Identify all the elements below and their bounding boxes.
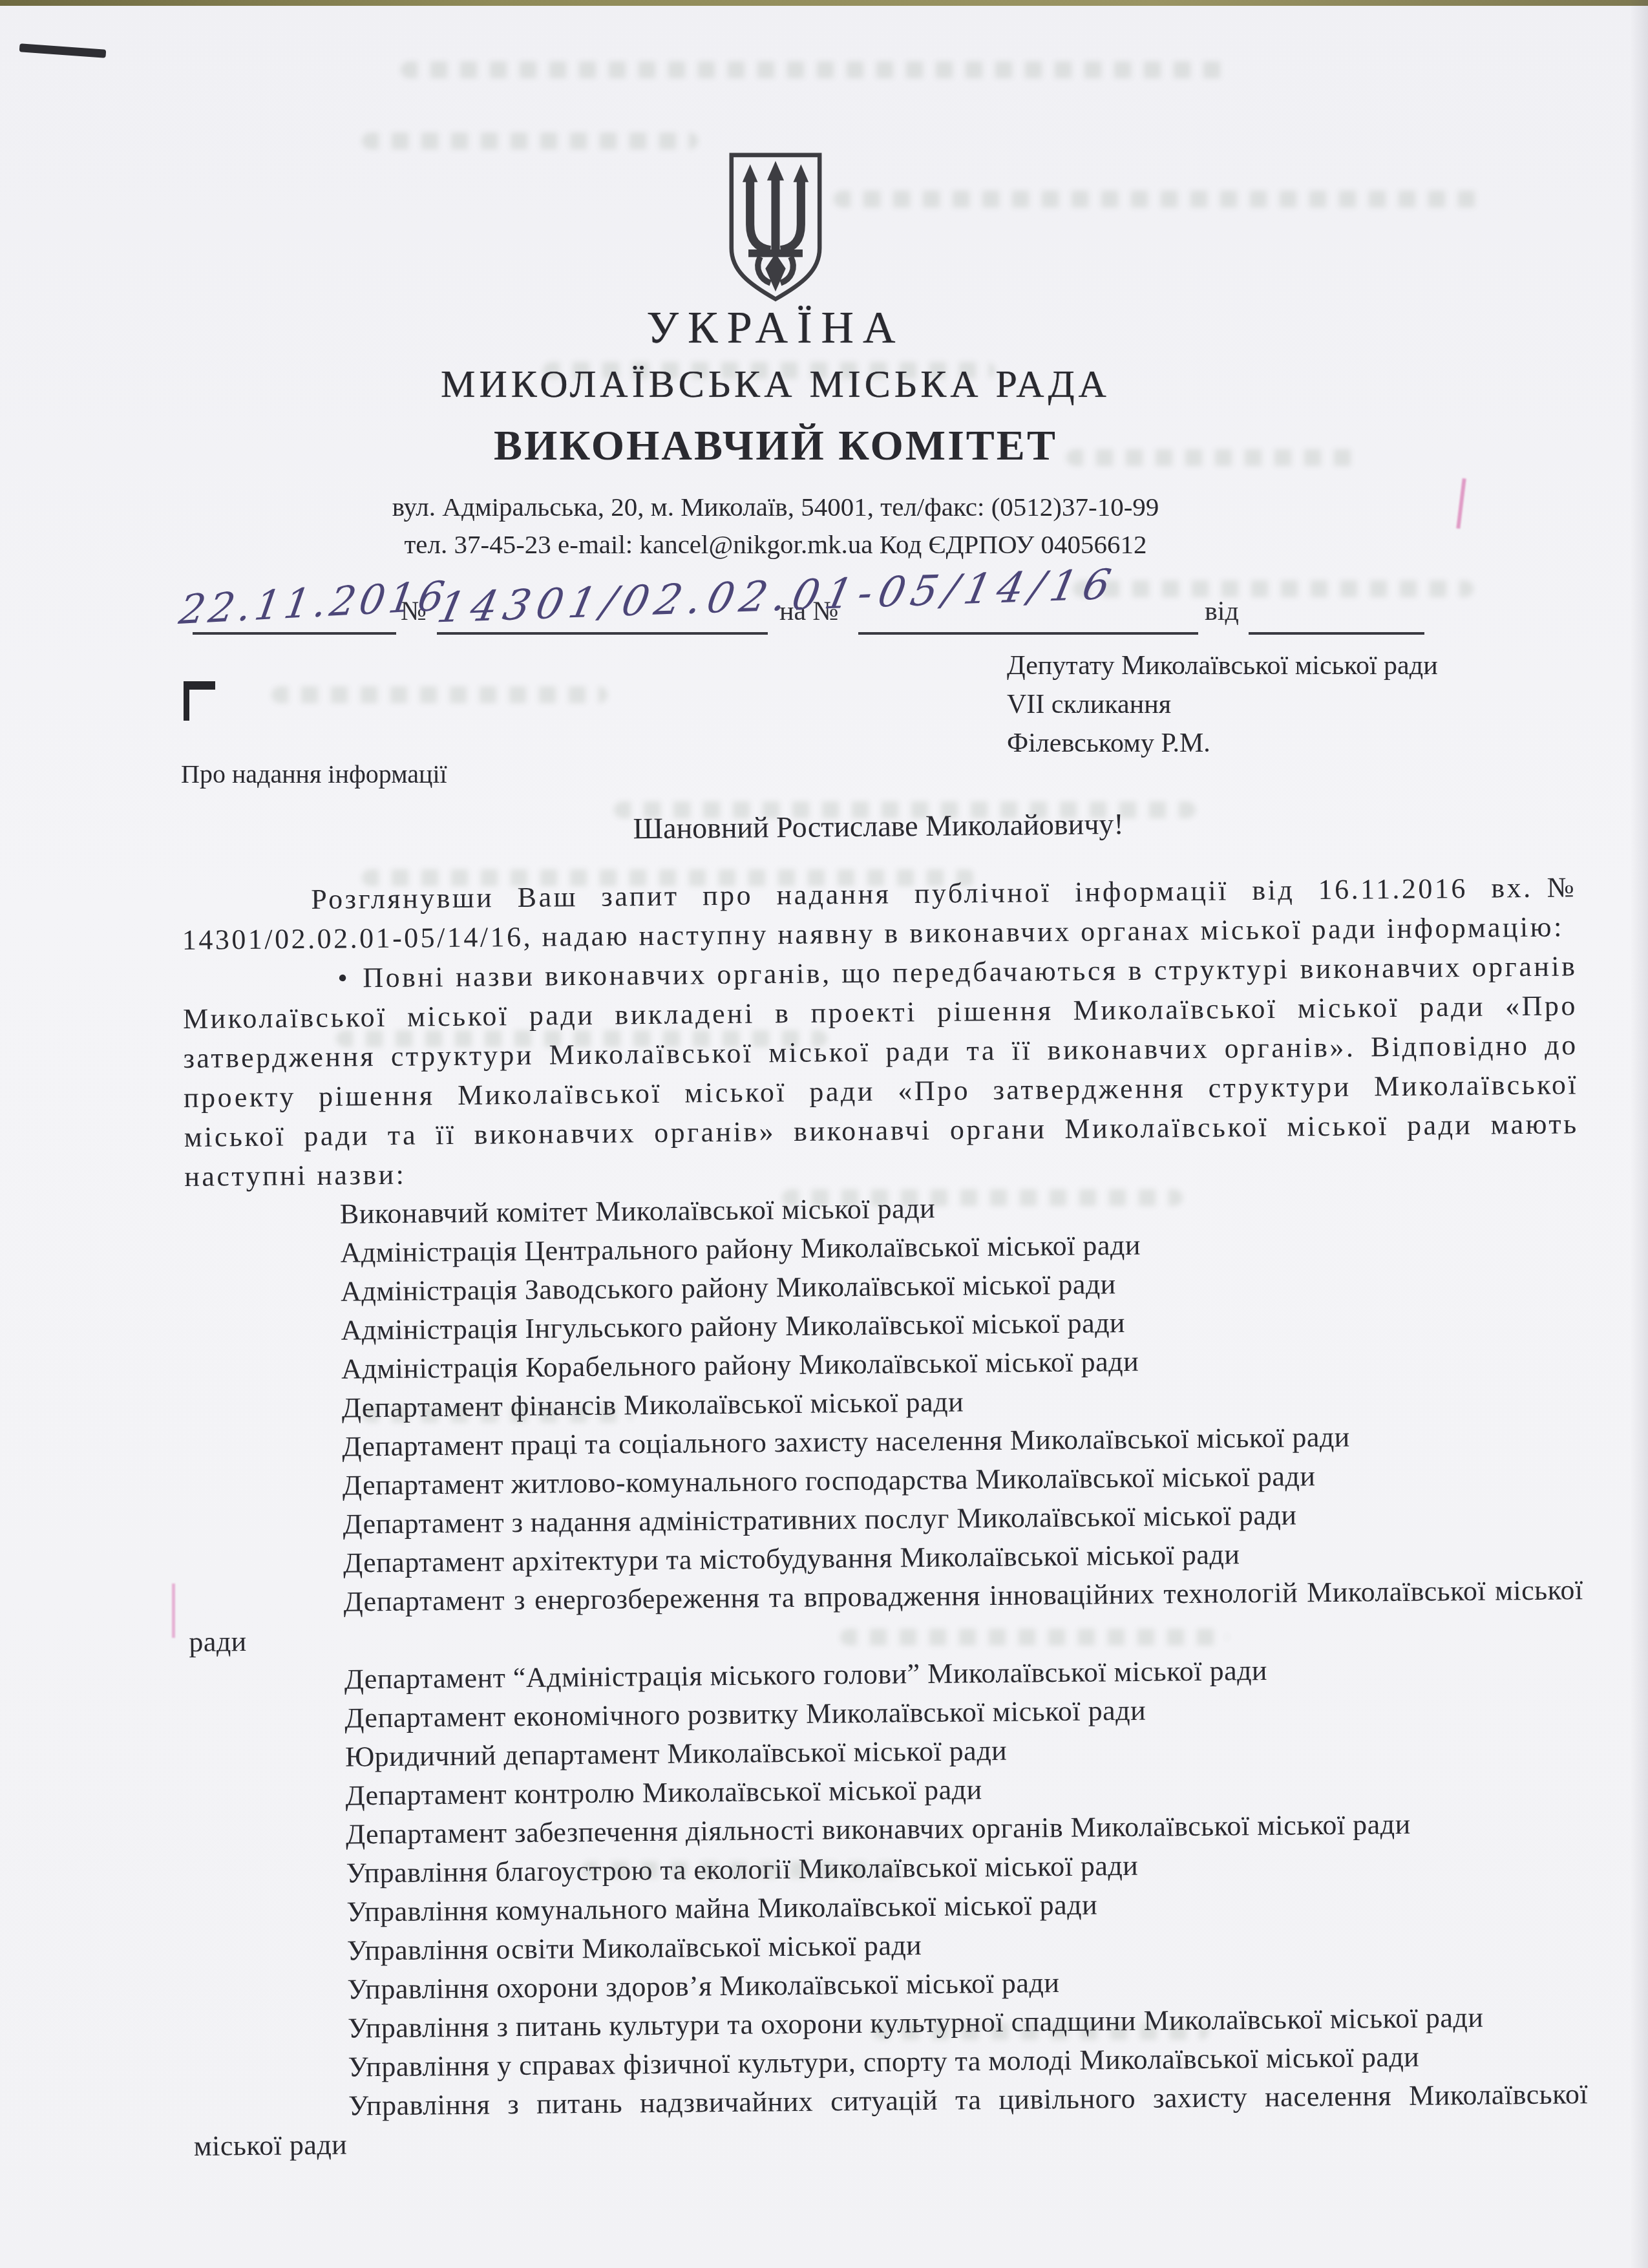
letterhead-council-name: МИКОЛАЇВСЬКА МІСЬКА РАДА xyxy=(0,362,1551,407)
pink-ink-smudge xyxy=(172,1584,175,1638)
recipient-name: Філевському Р.М. xyxy=(1007,724,1438,763)
ukraine-trident-emblem-icon xyxy=(723,150,829,302)
scanned-letter-page: УКРАЇНА МИКОЛАЇВСЬКА МІСЬКА РАДА ВИКОНАВ… xyxy=(0,0,1648,2268)
org-list-item: Управління з питань надзвичайних ситуаці… xyxy=(193,2075,1589,2166)
bullet-marker: • xyxy=(337,962,350,994)
bleed-through-text xyxy=(1073,580,1474,597)
blank-underline xyxy=(858,632,1198,635)
recipient-block: Депутату Миколаївської міської ради VII … xyxy=(1007,646,1438,763)
bleed-through-text xyxy=(834,191,1480,207)
letter-body: Шановний Ростиславе Миколайовичу! Розгля… xyxy=(181,802,1589,2166)
body-paragraph-answer: •Повні назви виконавчих органів, що пере… xyxy=(182,946,1579,1196)
recipient-convocation: VII скликання xyxy=(1007,685,1438,724)
scan-edge-shadow xyxy=(1630,0,1648,2268)
corner-registration-mark xyxy=(184,681,215,721)
letterhead-address-line2: тел. 37-45-23 e-mail: kancel@nikgor.mk.u… xyxy=(0,529,1551,560)
blank-underline xyxy=(437,632,768,635)
bleed-through-text xyxy=(271,686,607,703)
body-paragraph-answer-text: Повні назви виконавчих органів, що перед… xyxy=(183,950,1579,1192)
letterhead-committee-name: ВИКОНАВЧИЙ КОМІТЕТ xyxy=(0,421,1551,471)
letterhead-country: УКРАЇНА xyxy=(0,302,1551,354)
handwritten-outgoing-number: 14301/02.02.01-05/14/16 xyxy=(433,560,1121,632)
bleed-through-text xyxy=(362,132,698,149)
recipient-title: Депутату Миколаївської міської ради xyxy=(1007,646,1438,685)
blank-underline xyxy=(1249,632,1424,635)
blank-underline xyxy=(193,632,396,635)
scanner-edge-strip xyxy=(0,0,1648,6)
salutation: Шановний Ростиславе Миколайовичу! xyxy=(181,802,1576,850)
body-paragraph-intro: Розглянувши Ваш запит про надання публіч… xyxy=(182,867,1577,960)
scan-artifact-dash xyxy=(19,43,107,58)
bleed-through-text xyxy=(401,61,1228,78)
subject-line: Про надання інформації xyxy=(181,759,447,789)
date-from-label: від xyxy=(1205,596,1239,627)
letterhead-address-line1: вул. Адміральська, 20, м. Миколаїв, 5400… xyxy=(0,491,1551,522)
org-list-item: Департамент з енергозбереження та впрова… xyxy=(188,1571,1583,1662)
